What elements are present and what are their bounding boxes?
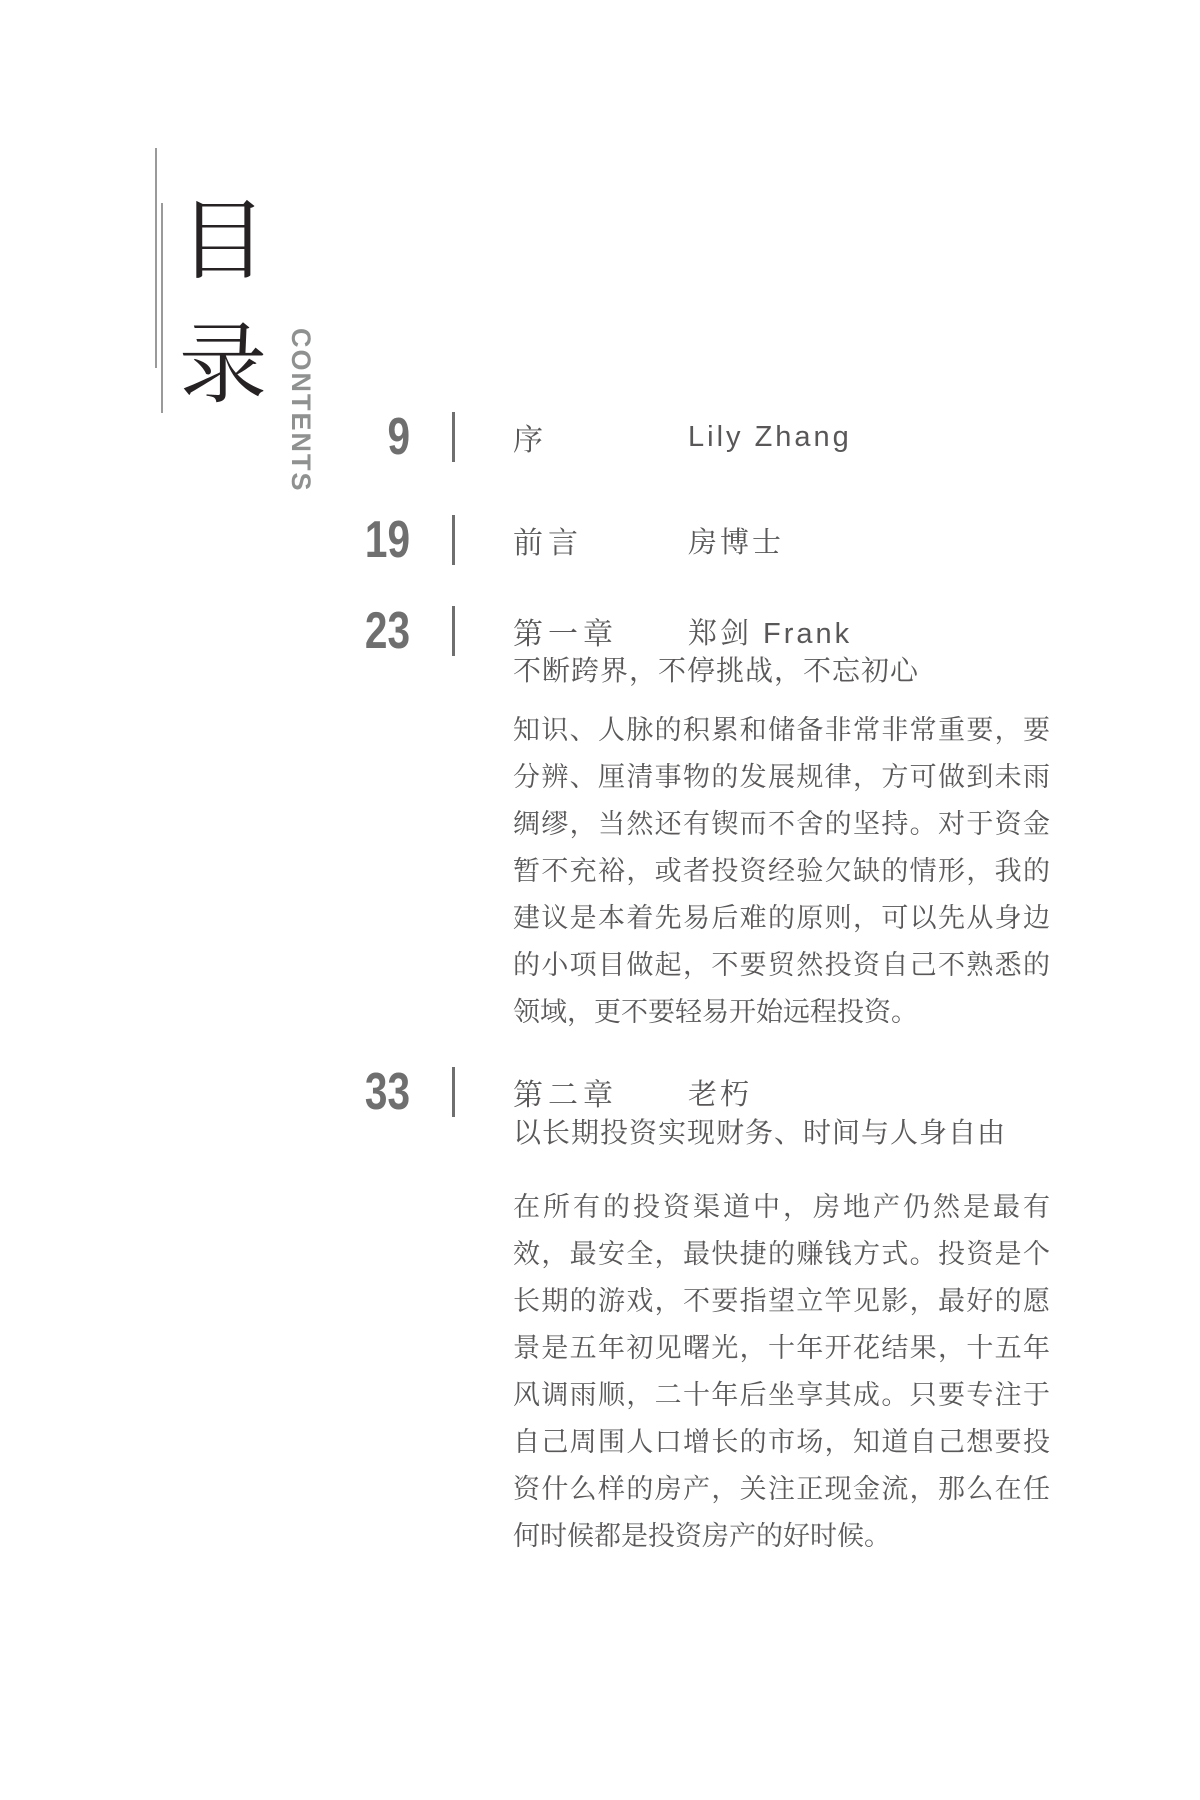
page-number: 33 (355, 1066, 410, 1118)
divider-bar (452, 412, 455, 462)
entry-author: 房博士 (688, 520, 784, 561)
page-number: 9 (355, 411, 410, 463)
toc-entry-chapter-2: 33 第二章 老朽 (340, 1066, 752, 1118)
entry-title: 序 (513, 415, 688, 459)
toc-entry-chapter-1: 23 第一章 郑剑 Frank (340, 605, 852, 657)
page-title-chinese: 目 录 (177, 197, 269, 409)
entry-author: 老朽 (688, 1072, 752, 1113)
entry-title: 前言 (513, 518, 688, 562)
title-char-lu: 录 (177, 321, 269, 409)
chapter-2-subtitle: 以长期投资实现财务、时间与人身自由 (513, 1115, 1006, 1151)
chapter-2-excerpt: 在所有的投资渠道中，房地产仍然是最有效，最安全，最快捷的赚钱方式。投资是个长期的… (513, 1184, 1050, 1560)
page-number: 23 (355, 605, 410, 657)
toc-entry-foreword: 19 前言 房博士 (340, 514, 784, 566)
divider-bar (452, 606, 455, 656)
chapter-1-excerpt: 知识、人脉的积累和储备非常非常重要，要分辨、厘清事物的发展规律，方可做到未雨绸缪… (513, 707, 1050, 1036)
divider-bar (452, 1067, 455, 1117)
entry-author: Lily Zhang (688, 421, 852, 454)
chapter-1-subtitle: 不断跨界，不停挑战，不忘初心 (513, 653, 919, 689)
toc-entry-preface: 9 序 Lily Zhang (340, 411, 852, 463)
page-number: 19 (355, 514, 410, 566)
divider-bar (452, 515, 455, 565)
page-title-english: CONTENTS (285, 328, 316, 493)
toc-page: 目 录 CONTENTS 9 序 Lily Zhang 19 前言 房博士 23… (0, 0, 1200, 1800)
title-char-mu: 目 (177, 197, 269, 285)
decorative-vertical-line (161, 203, 163, 413)
decorative-vertical-line (155, 148, 157, 368)
entry-title: 第二章 (513, 1070, 688, 1114)
entry-title: 第一章 (513, 609, 688, 653)
entry-author: 郑剑 Frank (688, 611, 852, 652)
